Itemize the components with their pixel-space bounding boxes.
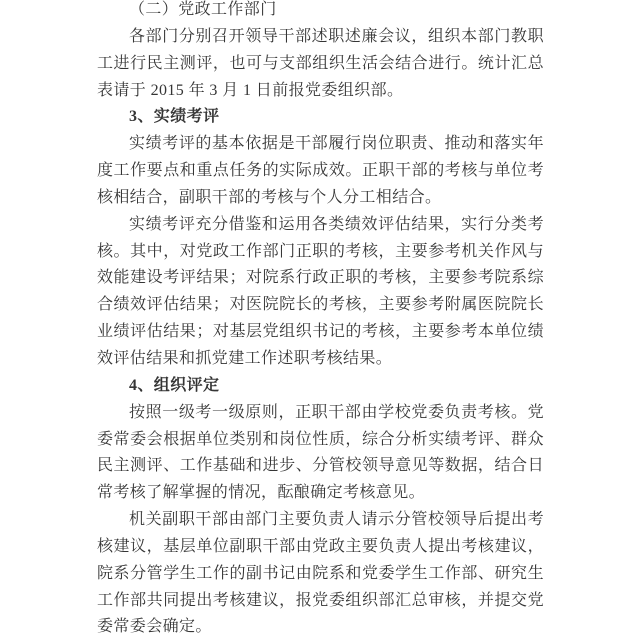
subheading-party-gov-departments: （二）党政工作部门 [97, 0, 544, 24]
scanned-document-page: （二）党政工作部门 各部门分别召开领导干部述职述廉会议，组织本部门教职工进行民主… [0, 0, 640, 644]
paragraph-assessment-principle: 按照一级考一级原则，正职干部由学校党委负责考核。党委常委会根据单位类别和岗位性质… [97, 400, 544, 507]
heading-organization-assessment: 4、组织评定 [97, 373, 544, 400]
paragraph-deputy-assessment: 机关副职干部由部门主要负责人请示分管校领导后提出考核建议，基层单位副职干部由党政… [97, 507, 544, 641]
paragraph-performance-basis: 实绩考评的基本依据是干部履行岗位职责、推动和落实年度工作要点和重点任务的实际成效… [97, 131, 544, 212]
heading-performance-review: 3、实绩考评 [97, 104, 544, 131]
paragraph-performance-categories: 实绩考评充分借鉴和运用各类绩效评估结果，实行分类考核。其中，对党政工作部门正职的… [97, 212, 544, 373]
paragraph-democratic-review: 各部门分别召开领导干部述职述廉会议，组织本部门教职工进行民主测评，也可与支部组织… [97, 24, 544, 105]
document-text-block: （二）党政工作部门 各部门分别召开领导干部述职述廉会议，组织本部门教职工进行民主… [97, 0, 544, 641]
